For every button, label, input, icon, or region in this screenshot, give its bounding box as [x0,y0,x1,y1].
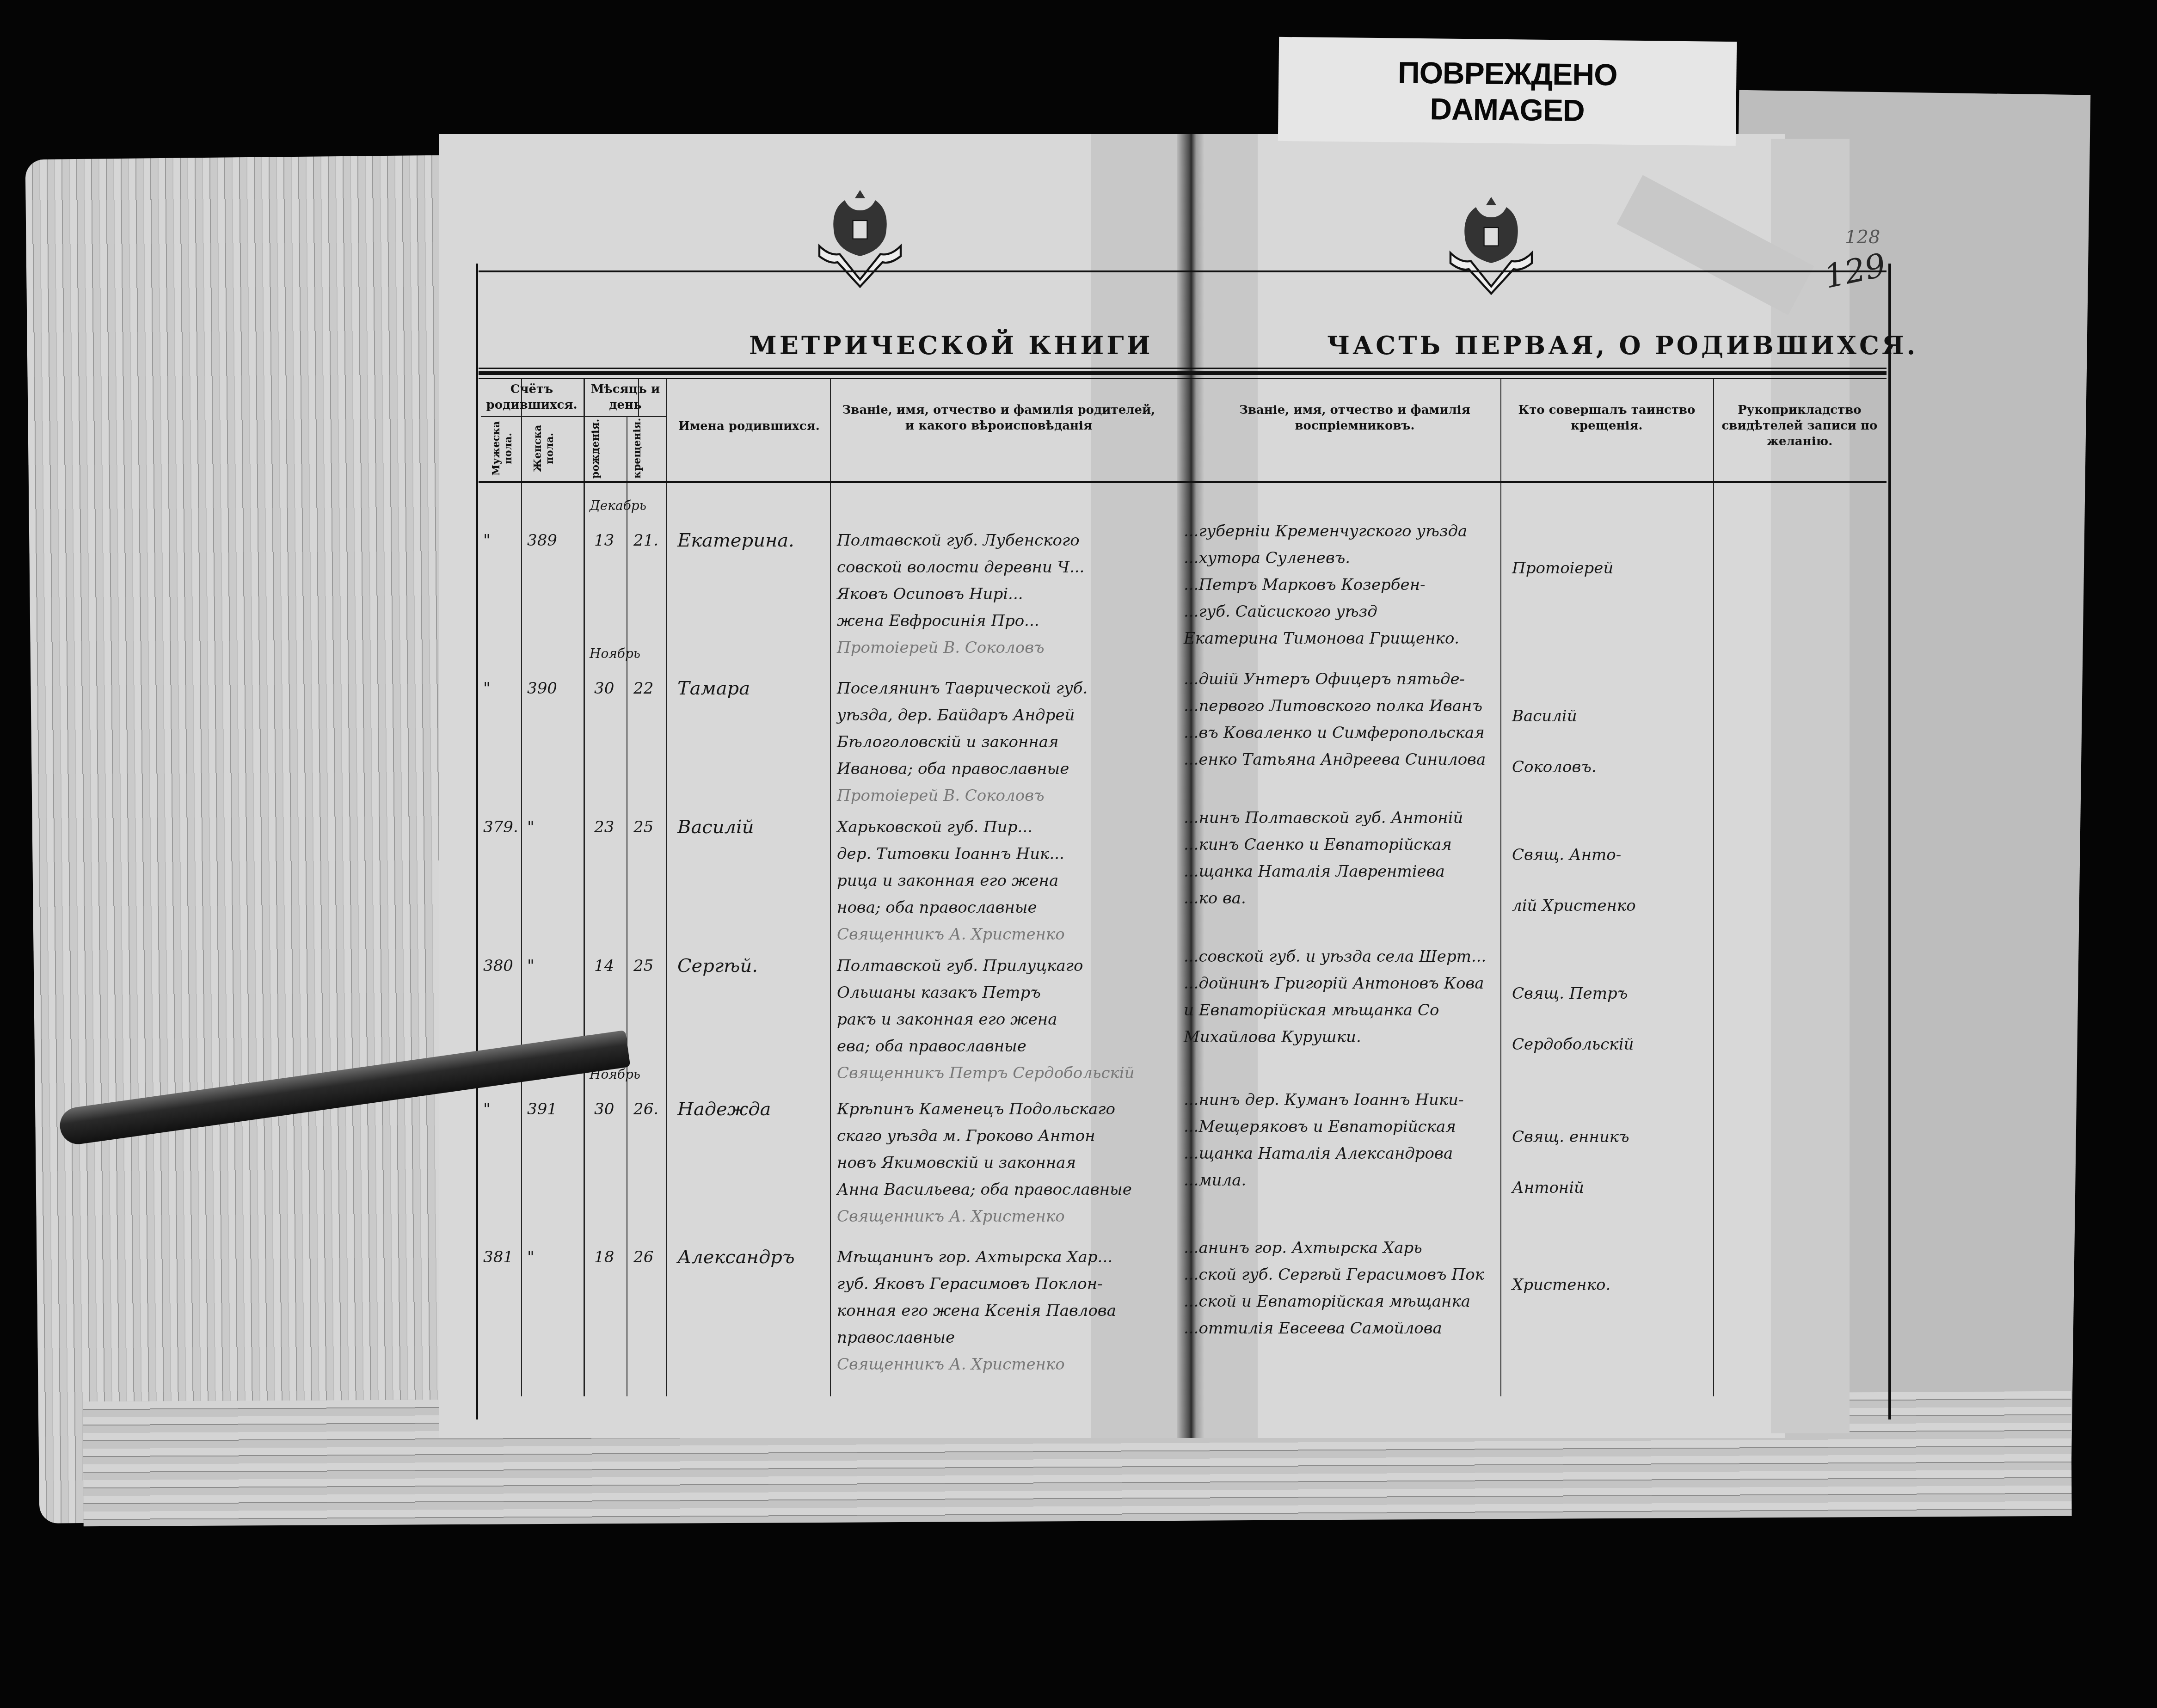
record-parents-line: Мѣщанинъ гор. Ахтырска Хар... [837,1248,1112,1266]
record-parents-line: Крѣпинъ Каменецъ Подольскаго [837,1100,1115,1118]
record-male-number: " [483,680,491,697]
record-birth-day: 23 [594,818,614,836]
record-priest-line: Сердобольскій [1512,1036,1634,1053]
record-parents-line: Священникъ А. Христенко [837,926,1065,943]
header-parents: Званіе, имя, отчество и фамилія родителе… [837,402,1161,434]
header-names: Имена родившихся. [668,418,830,434]
record-godparents-line: ...губерніи Кременчугского уѣзда [1184,522,1467,540]
damaged-label: ПОВРЕЖДЕНО DAMAGED [1278,37,1737,146]
record-parents-line: новъ Якимовскій и законная [837,1154,1076,1172]
record-baptism-day: 26. [633,1100,658,1118]
record-godparents-line: ...мила. [1184,1172,1246,1189]
record-parents-line: Ольшаны казакъ Петръ [837,984,1041,1001]
record-female-number: 389 [527,532,557,549]
record-godparents-line: ...Петръ Марковъ Козербен- [1184,576,1426,594]
record-parents-line: конная его жена Ксенія Павлова [837,1302,1116,1320]
record-baptism-day: 21. [633,532,658,549]
record-godparents-line: ...губ. Сайсиского уѣзд [1184,603,1377,621]
record-godparents-line: ...нинъ Полтавской губ. Антоній [1184,809,1463,827]
record-parents-line: православные [837,1329,955,1346]
record-parents-line: Поселянинъ Таврической губ. [837,680,1088,697]
record-parents-line: Полтавской губ. Прилуцкаго [837,957,1083,975]
record-priest-line: Христенко. [1512,1276,1610,1294]
top-rule [479,270,1887,272]
record-child-name: Василій [677,818,754,836]
record-parents-line: ракъ и законная его жена [837,1011,1057,1028]
record-baptism-day: 25 [633,818,653,836]
header-bottom-rule [479,481,1887,483]
record-parents-line: рица и законная его жена [837,872,1058,890]
record-priest-line: Василій [1512,707,1577,725]
record-priest-line: Свящ. Анто- [1512,846,1621,864]
record-parents-line: Протоіерей В. Соколовъ [837,787,1045,805]
title-rule-top [479,368,1887,369]
record-godparents-line: ...ской и Евпаторійская мѣщанка [1184,1293,1470,1310]
record-female-number: 391 [527,1100,557,1118]
record-godparents-line: ...кинъ Саенко и Евпаторійская [1184,836,1452,854]
record-priest-line: Свящ. Петръ [1512,985,1628,1002]
record-godparents-line: ...щанка Наталія Лаврентіева [1184,863,1445,880]
record-parents-line: Полтавской губ. Лубенского [837,532,1080,549]
header-date-baptism: крещенія. [631,418,659,479]
record-godparents-line: ...въ Коваленко и Симферопольская [1184,724,1485,742]
record-male-number: " [483,532,491,549]
record-godparents-line: ...совской губ. и уѣзда села Шерт... [1184,948,1486,965]
record-godparents-line: ...оттилія Евсеева Самойлова [1184,1320,1442,1337]
title-rule-thick [479,371,1887,375]
damaged-label-ru: ПОВРЕЖДЕНО [1398,54,1617,92]
record-godparents-line: ...дшій Унтеръ Офицеръ пятьде- [1184,670,1465,688]
record-month: Декабрь [590,497,646,515]
record-month: Ноябрь [590,645,640,663]
record-parents-line: ева; оба православные [837,1038,1026,1055]
record-godparents-line: ...Мещеряковъ и Евпаторійская [1184,1118,1456,1136]
record-parents-line: Яковъ Осиповъ Нирі... [837,585,1023,603]
record-female-number: " [527,818,535,836]
record-godparents-line: ...дойнинъ Григорій Антоновъ Кова [1184,975,1484,992]
record-parents-line: Бѣлоголовскій и законная [837,733,1058,751]
record-child-name: Надежда [677,1100,771,1118]
record-parents-line: Харьковской губ. Пир... [837,818,1032,836]
record-priest-line: Антоній [1512,1179,1584,1197]
record-birth-day: 30 [594,1100,614,1118]
header-count: Счётъ родившихся. [481,381,583,413]
record-female-number: 390 [527,680,557,697]
record-godparents-line: Михайлова Курушки. [1184,1028,1361,1046]
record-female-number: " [527,957,535,975]
record-birth-day: 13 [594,532,614,549]
record-baptism-day: 26 [633,1248,653,1266]
record-parents-line: Священникъ Петръ Сердобольскій [837,1064,1135,1082]
record-birth-day: 30 [594,680,614,697]
record-female-number: " [527,1248,535,1266]
page-stack-left [25,155,484,1524]
record-priest-line: Свящ. енникъ [1512,1128,1629,1146]
record-priest-line: лій Христенко [1512,897,1636,915]
record-male-number: " [483,1100,491,1118]
record-godparents-line: и Евпаторійская мѣщанка Со [1184,1001,1439,1019]
record-parents-line: Анна Васильева; оба православные [837,1181,1132,1198]
record-priest-line: Соколовъ. [1512,758,1597,776]
page-number-pencil: 128 [1845,227,1880,248]
header-count-male: Мужеска пола. [490,418,518,479]
header-godparents: Званіе, имя, отчество и фамилія воспріем… [1211,402,1498,434]
record-birth-day: 14 [594,957,614,975]
record-male-number: 381 [483,1248,513,1266]
record-godparents-line: ...хутора Суленевъ. [1184,549,1350,567]
title-rule-bottom [479,378,1887,379]
record-baptism-day: 25 [633,957,653,975]
header-count-female: Женска пола. [532,418,559,479]
title-left: МЕТРИЧЕСКОЙ КНИГИ [749,331,1153,360]
title-right: ЧАСТЬ ПЕРВАЯ, О РОДИВШИХСЯ. [1327,331,1918,360]
header-date-birth: рожденія. [590,418,617,479]
record-parents-line: скаго уѣзда м. Гроково Антон [837,1127,1095,1145]
record-parents-line: Священникъ А. Христенко [837,1208,1065,1225]
record-child-name: Александръ [677,1248,795,1266]
record-parents-line: дер. Титовки Іоаннъ Ник... [837,845,1064,863]
record-godparents-line: ...енко Татьяна Андреева Синилова [1184,751,1486,768]
record-parents-line: Священникъ А. Христенко [837,1356,1065,1373]
record-godparents-line: ...ской губ. Сергѣй Герасимовъ Пок [1184,1266,1484,1284]
record-godparents-line: ...ко ва. [1184,890,1246,907]
record-parents-line: Протоіерей В. Соколовъ [837,639,1045,657]
record-baptism-day: 22 [633,680,653,697]
record-parents-line: нова; оба православные [837,899,1037,916]
record-parents-line: губ. Яковъ Герасимовъ Поклон- [837,1275,1103,1293]
record-parents-line: Иванова; оба православные [837,760,1069,778]
record-birth-day: 18 [594,1248,614,1266]
record-parents-line: совской волости деревни Ч... [837,559,1084,576]
header-date: Мѣсяцъ и день [585,381,666,413]
record-parents-line: уѣзда, дер. Байдаръ Андрей [837,707,1075,724]
record-child-name: Сергѣй. [677,957,758,975]
record-male-number: 379. [483,818,518,836]
record-godparents-line: ...щанка Наталія Александрова [1184,1145,1453,1162]
header-witnesses: Рукоприкладство свидѣтелей записи по жел… [1716,402,1883,449]
record-parents-line: жена Евфросинія Про... [837,612,1039,630]
header-priest: Кто совершалъ таинство крещенія. [1505,402,1708,434]
record-priest-line: Протоіерей [1512,559,1613,577]
record-godparents-line: ...первого Литовского полка Иванъ [1184,697,1482,715]
record-godparents-line: Екатерина Тимонова Грищенко. [1184,630,1459,647]
record-child-name: Тамара [677,680,750,697]
record-godparents-line: ...анинъ гор. Ахтырска Харь [1184,1239,1422,1257]
record-male-number: 380 [483,957,513,975]
record-child-name: Екатерина. [677,532,794,549]
damaged-label-en: DAMAGED [1430,91,1585,128]
record-godparents-line: ...нинъ дер. Куманъ Іоаннъ Ники- [1184,1091,1464,1109]
